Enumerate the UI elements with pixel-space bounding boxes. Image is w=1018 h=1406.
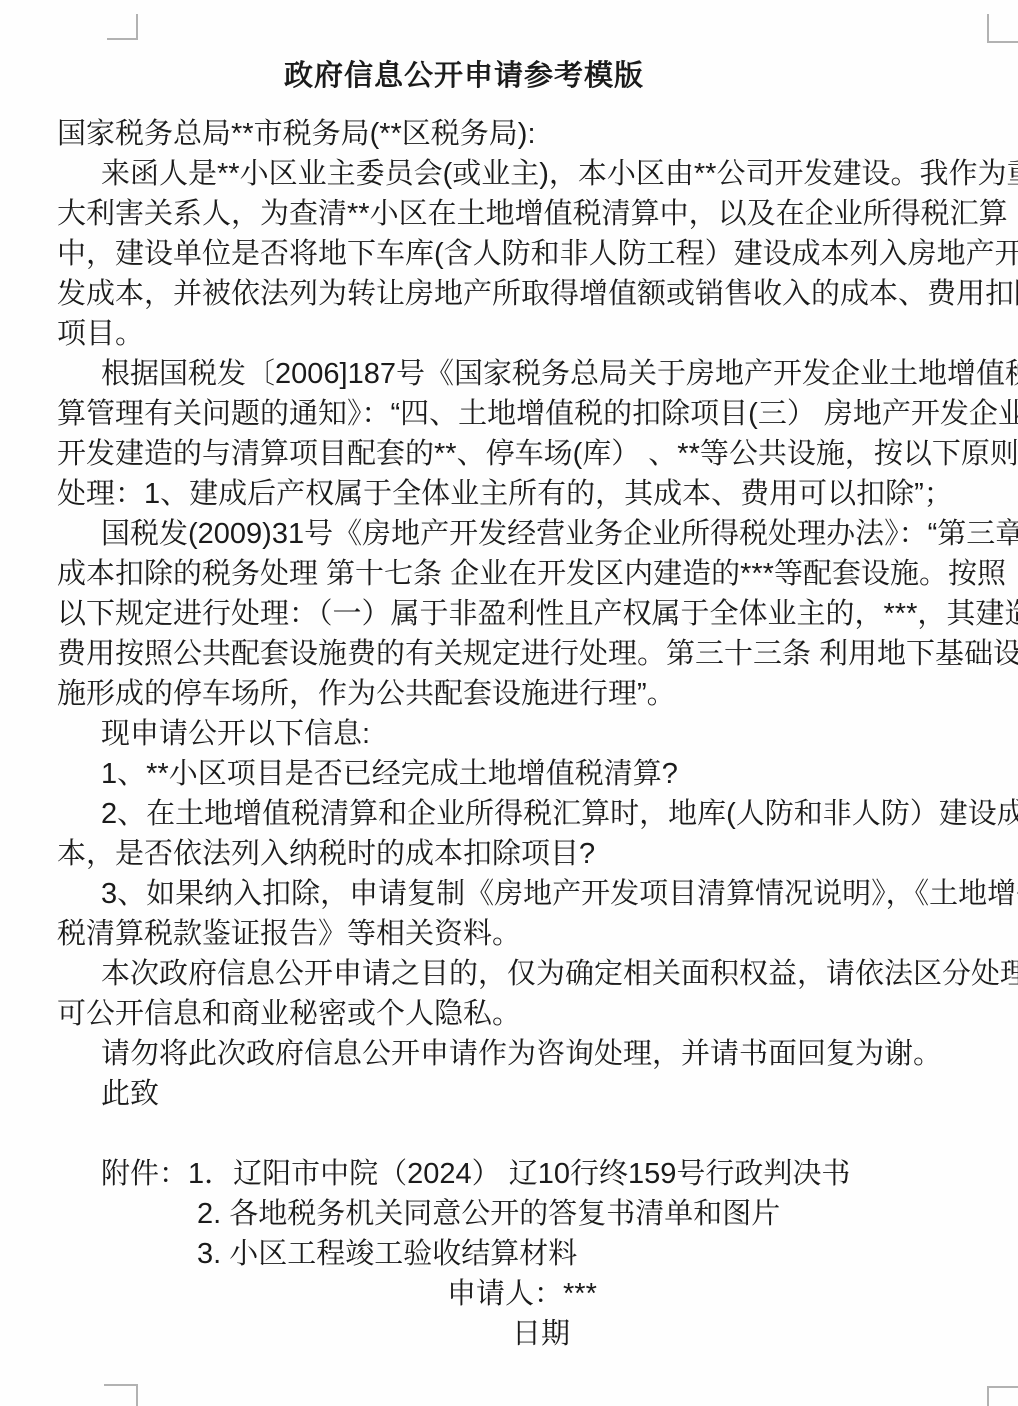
text-lines: 国家税务总局**市税务局(**区税务局): 来函人是**小区业主委员会(或业主)… bbox=[57, 114, 959, 1354]
request-intro-line: 现申请公开以下信息: bbox=[57, 714, 959, 754]
document-page: 政府信息公开申请参考模版 国家税务总局**市税务局(**区税务局): 来函人是*… bbox=[0, 0, 1018, 1406]
body-line: 大利害关系人，为查清**小区在土地增值税清算中，以及在企业所得税汇算 bbox=[57, 194, 959, 234]
corner-mark-bottom-left-icon bbox=[104, 1384, 138, 1406]
body-line: 根据国税发〔2006]187号《国家税务总局关于房地产开发企业土地增值税清 bbox=[57, 354, 959, 394]
corner-mark-top-left-icon bbox=[107, 14, 138, 40]
body-line: 以下规定进行处理：（一）属于非盈利性且产权属于全体业主的，***，其建造 bbox=[57, 594, 959, 634]
page-title: 政府信息公开申请参考模版 bbox=[57, 48, 959, 104]
attachment-item: 3. 小区工程竣工验收结算材料 bbox=[57, 1234, 959, 1274]
body-line: 费用按照公共配套设施费的有关规定进行处理。第三十三条 利用地下基础设 bbox=[57, 634, 959, 674]
body-line: 来函人是**小区业主委员会(或业主)，本小区由**公司开发建设。我作为重 bbox=[57, 154, 959, 194]
body-line: 中，建设单位是否将地下车库(含人防和非人防工程）建设成本列入房地产开 bbox=[57, 234, 959, 274]
request-item-line: 3、如果纳入扣除，申请复制《房地产开发项目清算情况说明》，《土地增值 bbox=[57, 874, 959, 914]
body-line: 成本扣除的税务处理 第十七条 企业在开发区内建造的***等配套设施。按照 bbox=[57, 554, 959, 594]
request-item-line: 1、**小区项目是否已经完成土地增值税清算? bbox=[57, 754, 959, 794]
request-item-line: 2、在土地增值税清算和企业所得税汇算时，地库(人防和非人防）建设成 bbox=[57, 794, 959, 834]
body-line: 施形成的停车场所，作为公共配套设施进行理”。 bbox=[57, 674, 959, 714]
body-line: 算管理有关问题的通知》：“四、土地增值税的扣除项目(三） 房地产开发企业 bbox=[57, 394, 959, 434]
body-line: 开发建造的与清算项目配套的**、停车场(库） 、**等公共设施，按以下原则 bbox=[57, 434, 959, 474]
body-line: 发成本，并被依法列为转让房地产所取得增值额或销售收入的成本、费用扣除 bbox=[57, 274, 959, 314]
applicant-line: 申请人：*** bbox=[57, 1274, 959, 1314]
body-line: 项目。 bbox=[57, 314, 959, 354]
request-item-line: 本，是否依法列入纳税时的成本扣除项目? bbox=[57, 834, 959, 874]
document-body: 政府信息公开申请参考模版 国家税务总局**市税务局(**区税务局): 来函人是*… bbox=[57, 48, 959, 1354]
corner-mark-bottom-right-icon bbox=[987, 1386, 1018, 1406]
attachment-item: 2. 各地税务机关同意公开的答复书清单和图片 bbox=[57, 1194, 959, 1234]
blank-line bbox=[57, 1114, 959, 1154]
request-item-line: 税清算税款鉴证报告》等相关资料。 bbox=[57, 914, 959, 954]
date-line: 日期 bbox=[57, 1314, 959, 1354]
body-line: 国税发(2009)31号《房地产开发经营业务企业所得税处理办法》：“第三章 bbox=[57, 514, 959, 554]
body-line: 请勿将此次政府信息公开申请作为咨询处理，并请书面回复为谢。 bbox=[57, 1034, 959, 1074]
corner-mark-top-right-icon bbox=[987, 14, 1018, 43]
body-line: 本次政府信息公开申请之目的，仅为确定相关面积权益，请依法区分处理 bbox=[57, 954, 959, 994]
recipient-line: 国家税务总局**市税务局(**区税务局): bbox=[57, 114, 959, 154]
body-line: 处理：1、建成后产权属于全体业主所有的，其成本、费用可以扣除”； bbox=[57, 474, 959, 514]
body-line: 可公开信息和商业秘密或个人隐私。 bbox=[57, 994, 959, 1034]
closing-line: 此致 bbox=[57, 1074, 959, 1114]
attachment-item: 附件：1．辽阳市中院（2024） 辽10行终159号行政判决书 bbox=[57, 1154, 959, 1194]
